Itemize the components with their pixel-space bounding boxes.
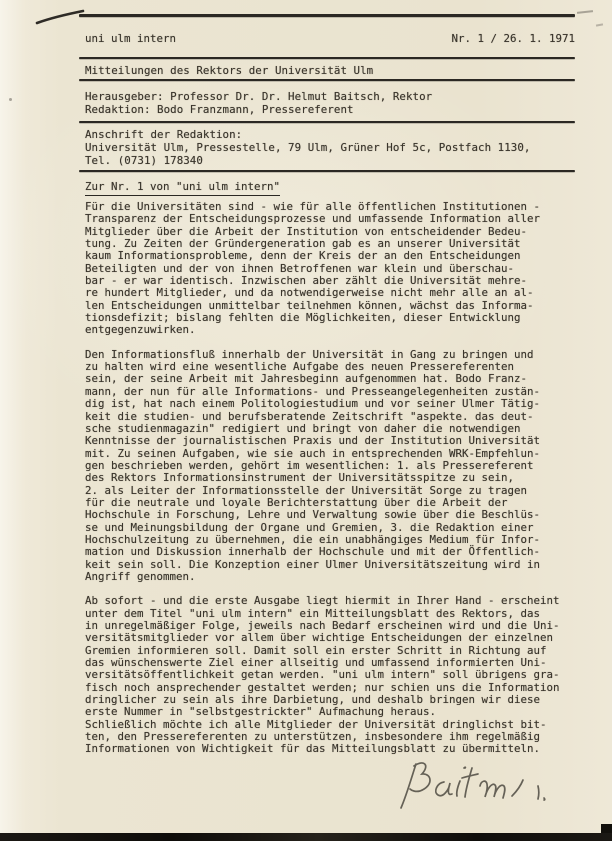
masthead: uni ulm intern Nr. 1 / 26. 1. 1971 xyxy=(85,32,575,45)
article-heading: Zur Nr. 1 von "uni ulm intern" xyxy=(85,180,280,196)
paragraph-2: Den Informationsfluß innerhalb der Unive… xyxy=(85,349,585,584)
rule-under-address xyxy=(79,170,575,172)
scan-artifact-dash xyxy=(577,10,593,14)
editor-line: Redaktion: Bodo Franzmann, Pressereferen… xyxy=(85,104,354,117)
address-lines: Universität Ulm, Pressestelle, 79 Ulm, G… xyxy=(85,142,530,167)
publisher-line: Herausgeber: Professor Dr. Dr. Helmut Ba… xyxy=(85,91,432,104)
scan-edge-bottom xyxy=(0,833,612,841)
pen-stroke-mark xyxy=(34,6,86,28)
scanned-page: uni ulm intern Nr. 1 / 26. 1. 1971 Mitte… xyxy=(0,0,612,841)
rule-under-title xyxy=(79,57,575,59)
address-label: Anschrift der Redaktion: xyxy=(85,129,242,142)
signature-handwriting xyxy=(392,756,572,818)
newsletter-subtitle: Mitteilungen des Rektors der Universität… xyxy=(85,65,373,78)
rule-under-editor xyxy=(79,121,575,123)
article-body: Für die Universitäten sind - wie für all… xyxy=(85,201,585,768)
rule-top xyxy=(79,14,575,17)
scan-artifact-speck xyxy=(9,98,12,101)
paragraph-3: Ab sofort - und die erste Ausgabe liegt … xyxy=(85,595,585,755)
scan-artifact-dash xyxy=(596,23,603,26)
issue-number: Nr. 1 / 26. 1. 1971 xyxy=(451,32,575,45)
newsletter-title: uni ulm intern xyxy=(85,32,176,45)
paragraph-1: Für die Universitäten sind - wie für all… xyxy=(85,201,585,337)
rule-under-subtitle xyxy=(79,79,575,81)
